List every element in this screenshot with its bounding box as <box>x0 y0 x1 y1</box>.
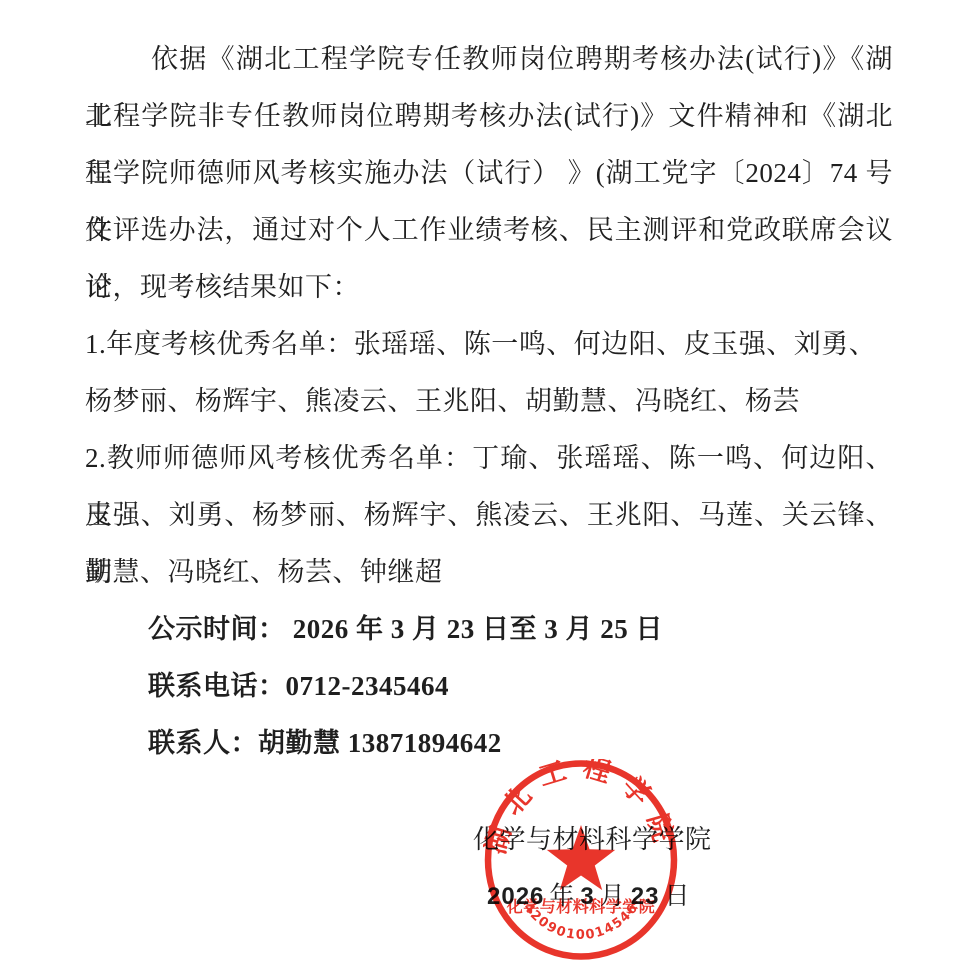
body-line: 依据《湖北工程学院专任教师岗位聘期考核办法(试行)》《湖北 <box>85 31 893 88</box>
publicity-period-line: 公示时间： 2026 年 3 月 23 日至 3 月 25 日 <box>85 601 893 658</box>
body-line-list-ethics: 2.教师师德师风考核优秀名单：丁瑜、张瑶瑶、陈一鸣、何边阳、皮 <box>85 430 893 487</box>
body-line: 勤慧、冯晓红、杨芸、钟继超 <box>85 544 893 601</box>
body-line: 工程学院非专任教师岗位聘期考核办法(试行)》文件精神和《湖北工 <box>85 88 893 145</box>
body-line: 件评选办法，通过对个人工作业绩考核、民主测评和党政联席会议讨 <box>85 202 893 259</box>
star-icon <box>547 825 615 890</box>
body-line: 论，现考核结果如下： <box>85 259 893 316</box>
contact-phone-line: 联系电话：0712-2345464 <box>85 658 893 715</box>
body-line: 玉强、刘勇、杨梦丽、杨辉宇、熊凌云、王兆阳、马莲、关云锋、胡 <box>85 487 893 544</box>
official-seal: 湖北工程学院 化学与材料科学学院 4209010014546 <box>483 759 679 961</box>
document-page: 依据《湖北工程学院专任教师岗位聘期考核办法(试行)》《湖北 工程学院非专任教师岗… <box>0 0 978 967</box>
body-line-list-annual: 1.年度考核优秀名单：张瑶瑶、陈一鸣、何边阳、皮玉强、刘勇、 <box>85 316 893 373</box>
body-line: 程学院师德师风考核实施办法（试行） 》(湖工党字〔2024〕74 号文 <box>85 145 893 202</box>
body-line: 杨梦丽、杨辉宇、熊凌云、王兆阳、胡勤慧、冯晓红、杨芸 <box>85 373 893 430</box>
